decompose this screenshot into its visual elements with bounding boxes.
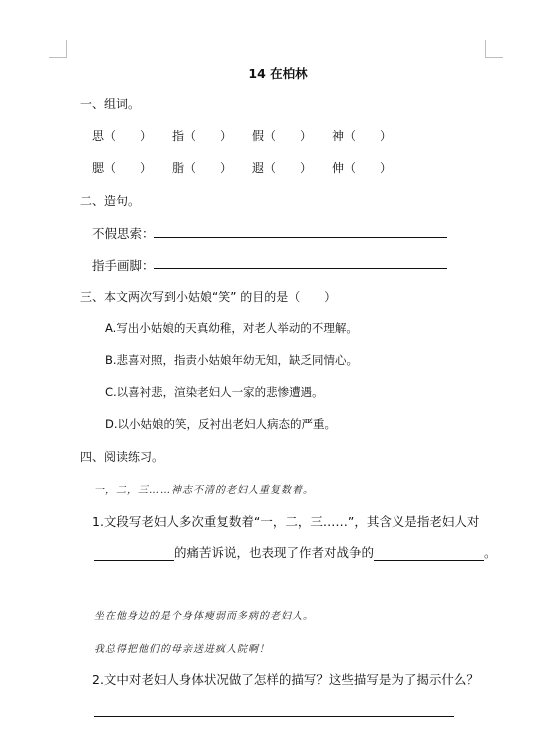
choice-option-c[interactable]: C.以喜衬悲，渲染老妇人一家的悲惨遭遇。 xyxy=(105,384,324,400)
word-item[interactable]: 指（ ） xyxy=(172,127,252,144)
question-1-text: 1.文段写老妇人多次重复数着“一，二，三……”，其含义是指老妇人对 xyxy=(92,512,479,530)
margin-corner-mark-left xyxy=(49,40,67,58)
reading-excerpt: 坐在他身边的是个身体瘦弱而多病的老妇人。 xyxy=(94,607,314,622)
question-1-middle-text: 的痛苦诉说，也表现了作者对战争的 xyxy=(174,545,374,560)
document-title: 14 在柏林 xyxy=(0,64,556,82)
word-item[interactable]: 脂（ ） xyxy=(172,159,252,176)
word-row-2: 腮（ ）脂（ ）遐（ ）伸（ ） xyxy=(92,159,412,176)
reading-excerpt: 我总得把他们的母亲送进疯人院啊！ xyxy=(94,640,270,655)
question-1-continuation: 的痛苦诉说，也表现了作者对战争的。 xyxy=(94,543,497,561)
choice-option-a[interactable]: A.写出小姑娘的天真幼稚，对老人举动的不理解。 xyxy=(105,320,358,336)
sentence-item-label: 指手画脚： xyxy=(92,256,155,274)
word-item[interactable]: 伸（ ） xyxy=(332,159,412,176)
word-item[interactable]: 假（ ） xyxy=(252,127,332,144)
answer-line[interactable] xyxy=(154,237,447,238)
section-1-heading: 一、组词。 xyxy=(80,95,140,112)
fill-blank[interactable] xyxy=(94,548,174,561)
word-row-1: 思（ ）指（ ）假（ ）神（ ） xyxy=(92,127,412,144)
word-item[interactable]: 思（ ） xyxy=(92,127,172,144)
answer-line[interactable] xyxy=(94,716,454,717)
choice-option-b[interactable]: B.悲喜对照，指责小姑娘年幼无知，缺乏同情心。 xyxy=(105,352,358,368)
answer-line[interactable] xyxy=(154,268,447,269)
section-2-heading: 二、造句。 xyxy=(80,192,140,209)
question-2-text: 2.文中对老妇人身体状况做了怎样的描写？这些描写是为了揭示什么？ xyxy=(92,670,479,688)
section-3-heading: 三、本文两次写到小姑娘“笑” 的目的是（ ） xyxy=(80,288,336,305)
reading-excerpt: 一，二，三……神志不清的老妇人重复数着。 xyxy=(94,481,314,496)
fill-blank[interactable] xyxy=(374,548,484,561)
word-item[interactable]: 遐（ ） xyxy=(252,159,332,176)
section-4-heading: 四、阅读练习。 xyxy=(80,448,164,465)
margin-corner-mark-right xyxy=(485,40,503,58)
sentence-item-label: 不假思索： xyxy=(92,224,155,242)
question-1-end: 。 xyxy=(484,545,497,560)
word-item[interactable]: 神（ ） xyxy=(332,127,412,144)
choice-option-d[interactable]: D.以小姑娘的笑，反衬出老妇人病态的严重。 xyxy=(105,416,336,432)
word-item[interactable]: 腮（ ） xyxy=(92,159,172,176)
